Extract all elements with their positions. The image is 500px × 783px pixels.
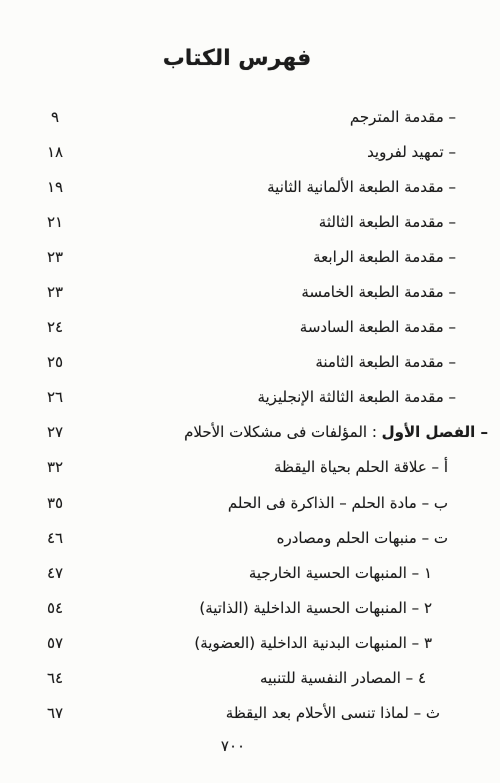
toc-entry-page: ١٨ [38, 143, 72, 161]
toc-entry-title: – مقدمة الطبعة الثامنة [315, 353, 490, 371]
toc-entry-title: ٣ – المنبهات البدنية الداخلية (العضوية) [194, 634, 490, 652]
table-row: ٢ – المنبهات الحسية الداخلية (الذاتية) ٥… [38, 590, 490, 625]
table-row: ت – منبهات الحلم ومصادره ٤٦ [38, 520, 490, 555]
toc-entry-page: ٢٤ [38, 318, 72, 336]
table-row: ١ – المنبهات الحسية الخارجية ٤٧ [38, 555, 490, 590]
toc-entry-page: ٢٧ [38, 423, 72, 441]
chapter-subtitle: : المؤلفات فى مشكلات الأحلام [184, 423, 382, 441]
toc-entry-title: – تمهيد لفرويد [367, 143, 490, 161]
toc-entry-page: ٤٦ [38, 529, 72, 547]
toc-entry-page: ٥٧ [38, 634, 72, 652]
toc-entry-title: ٢ – المنبهات الحسية الداخلية (الذاتية) [199, 599, 490, 617]
toc-entry-title: أ – علاقة الحلم بحياة اليقظة [274, 458, 490, 476]
table-row: ٤ – المصادر النفسية للتنبيه ٦٤ [38, 661, 490, 696]
table-row: ٣ – المنبهات البدنية الداخلية (العضوية) … [38, 625, 490, 660]
toc-entry-page: ٣٥ [38, 494, 72, 512]
table-row: – مقدمة الطبعة السادسة ٢٤ [38, 310, 490, 345]
page-title: فهرس الكتاب [0, 46, 487, 71]
table-row: ب – مادة الحلم – الذاكرة فى الحلم ٣٥ [38, 485, 490, 520]
table-row: – مقدمة الطبعة الثالثة الإنجليزية ٢٦ [38, 380, 490, 415]
table-row: – مقدمة الطبعة الخامسة ٢٣ [38, 274, 490, 309]
toc-entry-title: – مقدمة الطبعة الثالثة [319, 213, 490, 231]
toc-entry-page: ٦٧ [38, 704, 72, 722]
toc-entry-title: – مقدمة الطبعة الخامسة [301, 283, 490, 301]
table-row: – مقدمة المترجم ٩ [38, 99, 490, 134]
table-of-contents: – مقدمة المترجم ٩ – تمهيد لفرويد ١٨ – مق… [38, 99, 490, 731]
toc-entry-title: – الفصل الأول : المؤلفات فى مشكلات الأحل… [184, 423, 490, 441]
toc-entry-title: – مقدمة المترجم [350, 108, 490, 126]
chapter-label: – الفصل الأول [382, 423, 488, 441]
toc-entry-page: ٥٤ [38, 599, 72, 617]
toc-entry-page: ١٩ [38, 178, 72, 196]
table-row: ث – لماذا تنسى الأحلام بعد اليقظة ٦٧ [38, 696, 490, 731]
toc-entry-title: ب – مادة الحلم – الذاكرة فى الحلم [228, 494, 490, 512]
table-row-chapter: – الفصل الأول : المؤلفات فى مشكلات الأحل… [38, 415, 490, 450]
page-number: ٧٠٠ [0, 737, 483, 755]
toc-entry-title: ١ – المنبهات الحسية الخارجية [249, 564, 490, 582]
toc-entry-title: – مقدمة الطبعة الألمانية الثانية [267, 178, 490, 196]
table-row: أ – علاقة الحلم بحياة اليقظة ٣٢ [38, 450, 490, 485]
toc-entry-page: ٢٣ [38, 283, 72, 301]
toc-entry-page: ٢١ [38, 213, 72, 231]
toc-entry-page: ٩ [38, 108, 72, 126]
toc-entry-title: ٤ – المصادر النفسية للتنبيه [260, 669, 490, 687]
toc-entry-page: ٣٢ [38, 458, 72, 476]
toc-entry-title: ت – منبهات الحلم ومصادره [277, 529, 490, 547]
toc-entry-page: ٤٧ [38, 564, 72, 582]
toc-entry-page: ٦٤ [38, 669, 72, 687]
table-row: – مقدمة الطبعة الرابعة ٢٣ [38, 239, 490, 274]
table-row: – تمهيد لفرويد ١٨ [38, 134, 490, 169]
table-row: – مقدمة الطبعة الألمانية الثانية ١٩ [38, 169, 490, 204]
toc-entry-title: ث – لماذا تنسى الأحلام بعد اليقظة [226, 704, 490, 722]
toc-entry-title: – مقدمة الطبعة الثالثة الإنجليزية [257, 388, 490, 406]
toc-entry-page: ٢٦ [38, 388, 72, 406]
table-row: – مقدمة الطبعة الثالثة ٢١ [38, 204, 490, 239]
toc-entry-page: ٢٣ [38, 248, 72, 266]
toc-entry-title: – مقدمة الطبعة الرابعة [313, 248, 490, 266]
toc-entry-title: – مقدمة الطبعة السادسة [300, 318, 490, 336]
toc-entry-page: ٢٥ [38, 353, 72, 371]
table-row: – مقدمة الطبعة الثامنة ٢٥ [38, 345, 490, 380]
